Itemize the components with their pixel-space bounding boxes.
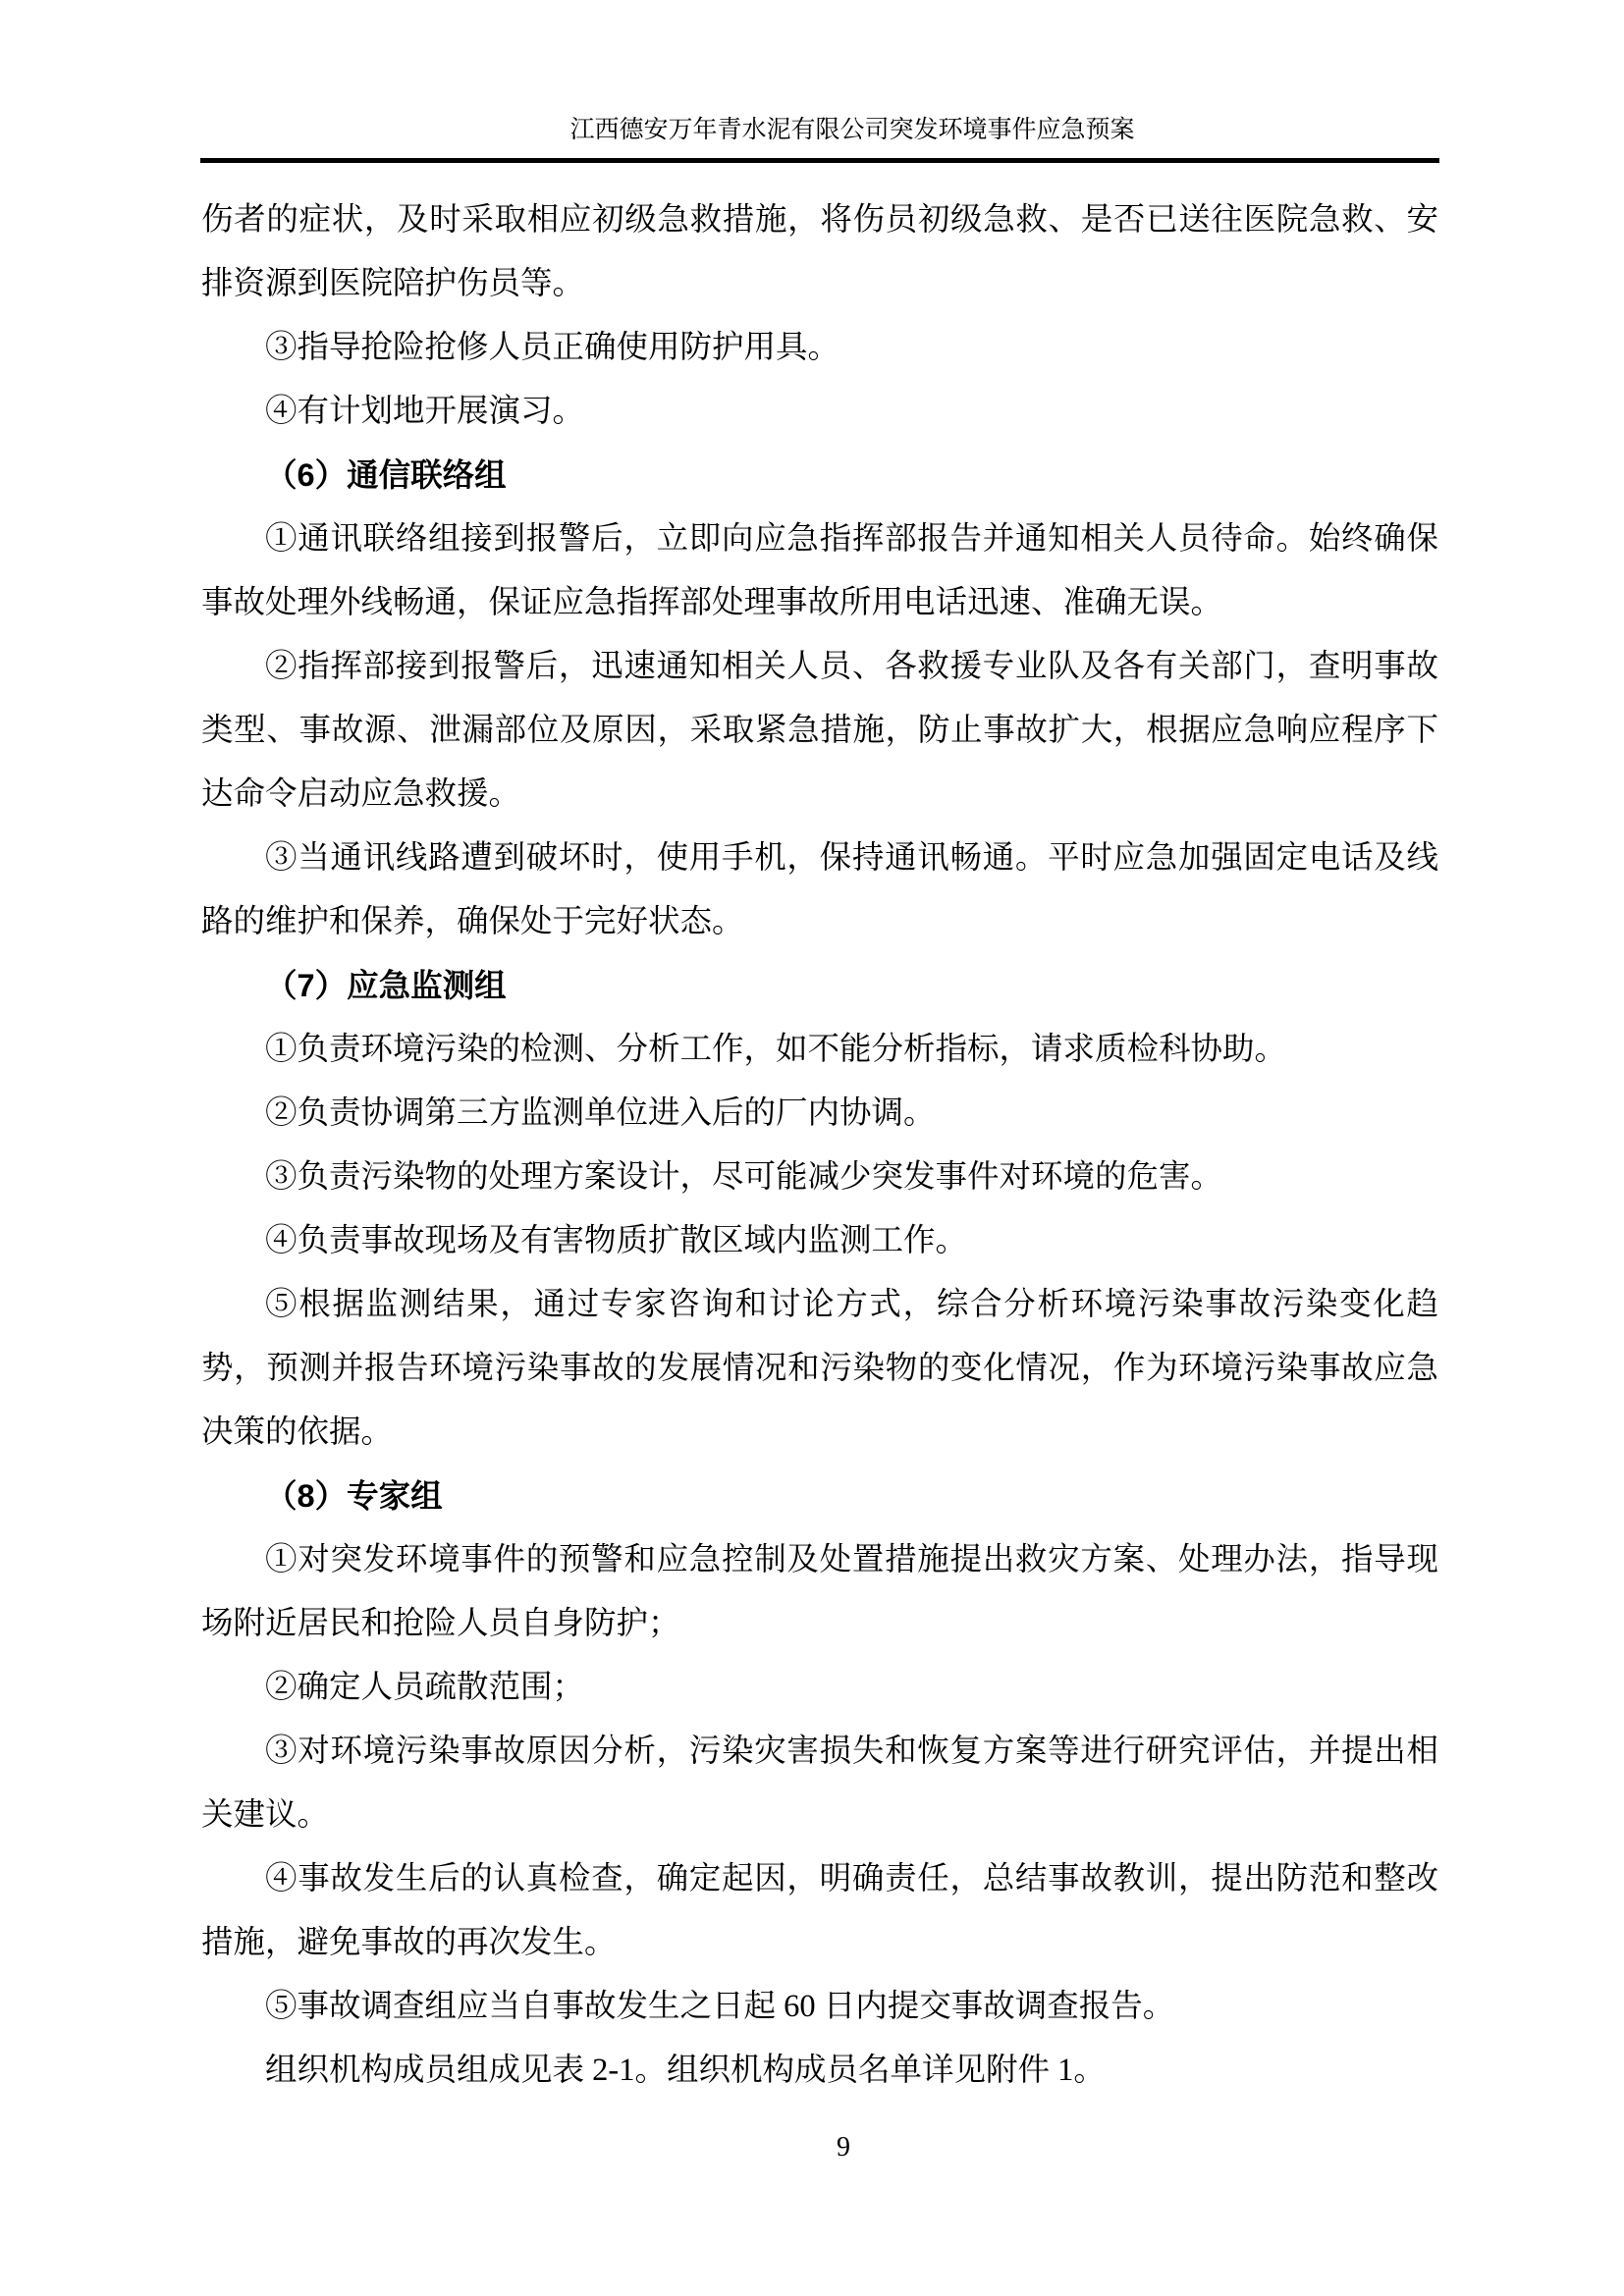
paragraph-continuation: 伤者的症状，及时采取相应初级急救措施，将伤员初级急救、是否已送往医院急救、安排资… — [201, 188, 1438, 316]
list-item-4-site-monitoring: ④负责事故现场及有害物质扩散区域内监测工作。 — [201, 1209, 1438, 1273]
list-item-2-evacuation-scope: ②确定人员疏散范围； — [201, 1656, 1438, 1720]
header-rule — [200, 158, 1439, 163]
list-item-4-post-accident-review: ④事故发生后的认真检查，确定起因，明确责任，总结事故教训，提出防范和整改措施，避… — [201, 1847, 1438, 1975]
list-item-1-warning-control: ①对突发环境事件的预警和应急控制及处置措施提出救灾方案、处理办法，指导现场附近居… — [201, 1528, 1438, 1656]
list-item-2-third-party-coordination: ②负责协调第三方监测单位进入后的厂内协调。 — [201, 1082, 1438, 1146]
list-item-5-trend-analysis: ⑤根据监测结果，通过专家咨询和讨论方式，综合分析环境污染事故污染变化趋势，预测并… — [201, 1273, 1438, 1465]
list-item-5-investigation-report: ⑤事故调查组应当自事故发生之日起 60 日内提交事故调查报告。 — [201, 1975, 1438, 2039]
list-item-3-comm-lines: ③当通讯线路遭到破坏时，使用手机，保持通讯畅通。平时应急加强固定电话及线路的维护… — [201, 827, 1438, 954]
list-item-4-drills: ④有计划地开展演习。 — [201, 380, 1438, 444]
list-item-3-treatment-plan: ③负责污染物的处理方案设计，尽可能减少突发事件对环境的危害。 — [201, 1146, 1438, 1209]
section-heading-6-communication-group: （6）通信联络组 — [201, 444, 1438, 507]
list-item-2-command-alarm: ②指挥部接到报警后，迅速通知相关人员、各救援专业队及各有关部门，查明事故类型、事… — [201, 635, 1438, 827]
page-number: 9 — [837, 2130, 850, 2165]
section-heading-7-monitoring-group: （7）应急监测组 — [201, 954, 1438, 1018]
list-item-3-protective-gear: ③指导抢险抢修人员正确使用防护用具。 — [201, 316, 1438, 380]
paragraph-org-members-reference: 组织机构成员组成见表 2-1。组织机构成员名单详见附件 1。 — [201, 2039, 1438, 2103]
header-title: 江西德安万年青水泥有限公司突发环境事件应急预案 — [569, 116, 1134, 145]
document-page: 江西德安万年青水泥有限公司突发环境事件应急预案 伤者的症状，及时采取相应初级急救… — [0, 0, 1624, 2296]
document-body: 伤者的症状，及时采取相应初级急救措施，将伤员初级急救、是否已送往医院急救、安排资… — [201, 188, 1438, 2103]
section-heading-8-expert-group: （8）专家组 — [201, 1465, 1438, 1528]
list-item-1-comm-alarm: ①通讯联络组接到报警后，立即向应急指挥部报告并通知相关人员待命。始终确保事故处理… — [201, 507, 1438, 635]
list-item-3-cause-analysis: ③对环境污染事故原因分析，污染灾害损失和恢复方案等进行研究评估，并提出相关建议。 — [201, 1720, 1438, 1847]
list-item-1-pollution-detection: ①负责环境污染的检测、分析工作，如不能分析指标，请求质检科协助。 — [201, 1018, 1438, 1082]
